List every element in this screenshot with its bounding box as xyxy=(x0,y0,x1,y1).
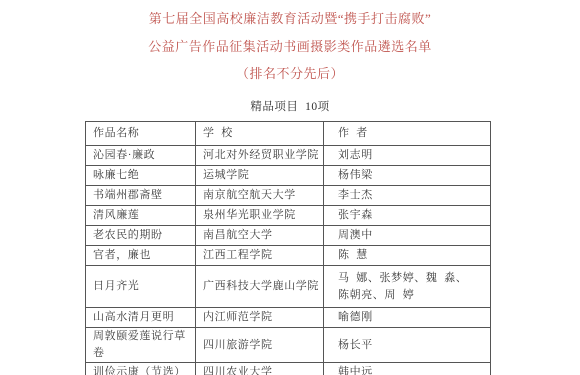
author-cell: 喻德刚 xyxy=(324,308,491,328)
work-name-cell: 周敦颐爱莲说行草卷 xyxy=(86,328,196,363)
author-cell: 杨长平 xyxy=(324,328,491,363)
table-row: 清风廉莲泉州华光职业学院张宇森 xyxy=(86,206,491,226)
table-body: 沁园春·廉政河北对外经贸职业学院刘志明咏廉七绝运城学院杨伟梁书端州郡斋壁南京航空… xyxy=(86,146,491,375)
document-title-line2: 公益广告作品征集活动书画摄影类作品遴选名单 xyxy=(0,36,580,55)
school-cell: 广西科技大学鹿山学院 xyxy=(196,266,324,308)
table-row: 老农民的期盼南昌航空大学周澳中 xyxy=(86,226,491,246)
table-row: 周敦颐爱莲说行草卷四川旅游学院杨长平 xyxy=(86,328,491,363)
school-cell: 四川旅游学院 xyxy=(196,328,324,363)
school-cell: 河北对外经贸职业学院 xyxy=(196,146,324,166)
table-row: 沁园春·廉政河北对外经贸职业学院刘志明 xyxy=(86,146,491,166)
work-name-cell: 官者，廉也 xyxy=(86,246,196,266)
work-name-cell: 山高水清月更明 xyxy=(86,308,196,328)
author-cell: 张宇森 xyxy=(324,206,491,226)
work-name-cell: 老农民的期盼 xyxy=(86,226,196,246)
work-name-cell: 沁园春·廉政 xyxy=(86,146,196,166)
school-cell: 内江师范学院 xyxy=(196,308,324,328)
school-cell: 泉州华光职业学院 xyxy=(196,206,324,226)
work-name-cell: 书端州郡斋壁 xyxy=(86,186,196,206)
column-header-school: 学 校 xyxy=(196,122,324,146)
school-cell: 江西工程学院 xyxy=(196,246,324,266)
column-header-work-name: 作品名称 xyxy=(86,122,196,146)
work-name-cell: 清风廉莲 xyxy=(86,206,196,226)
author-cell: 刘志明 xyxy=(324,146,491,166)
author-cell: 陈 慧 xyxy=(324,246,491,266)
author-cell: 李士杰 xyxy=(324,186,491,206)
table-row: 官者，廉也江西工程学院陈 慧 xyxy=(86,246,491,266)
school-cell: 南昌航空大学 xyxy=(196,226,324,246)
author-cell: 马 娜、张梦婷、魏 淼、 陈朝亮、周 婷 xyxy=(324,266,491,308)
table-header-row: 作品名称 学 校 作 者 xyxy=(86,122,491,146)
document-title-line1: 第七届全国高校廉洁教育活动暨“携手打击腐败” xyxy=(0,8,580,27)
author-cell: 周澳中 xyxy=(324,226,491,246)
table-row: 日月齐光广西科技大学鹿山学院马 娜、张梦婷、魏 淼、 陈朝亮、周 婷 xyxy=(86,266,491,308)
table-row: 训俭示康（节选）四川农业大学韩中远 xyxy=(86,363,491,375)
work-name-cell: 训俭示康（节选） xyxy=(86,363,196,375)
selection-results-table: 作品名称 学 校 作 者 沁园春·廉政河北对外经贸职业学院刘志明咏廉七绝运城学院… xyxy=(85,121,491,375)
author-cell: 杨伟梁 xyxy=(324,166,491,186)
document-page: 第七届全国高校廉洁教育活动暨“携手打击腐败” 公益广告作品征集活动书画摄影类作品… xyxy=(0,0,580,375)
table-row: 咏廉七绝运城学院杨伟梁 xyxy=(86,166,491,186)
section-label: 精品项目 10项 xyxy=(0,98,580,114)
column-header-author: 作 者 xyxy=(324,122,491,146)
work-name-cell: 日月齐光 xyxy=(86,266,196,308)
table-row: 书端州郡斋壁南京航空航天大学李士杰 xyxy=(86,186,491,206)
author-cell: 韩中远 xyxy=(324,363,491,375)
work-name-cell: 咏廉七绝 xyxy=(86,166,196,186)
school-cell: 运城学院 xyxy=(196,166,324,186)
school-cell: 南京航空航天大学 xyxy=(196,186,324,206)
table-row: 山高水清月更明内江师范学院喻德刚 xyxy=(86,308,491,328)
document-title-note: （排名不分先后） xyxy=(0,63,580,82)
school-cell: 四川农业大学 xyxy=(196,363,324,375)
